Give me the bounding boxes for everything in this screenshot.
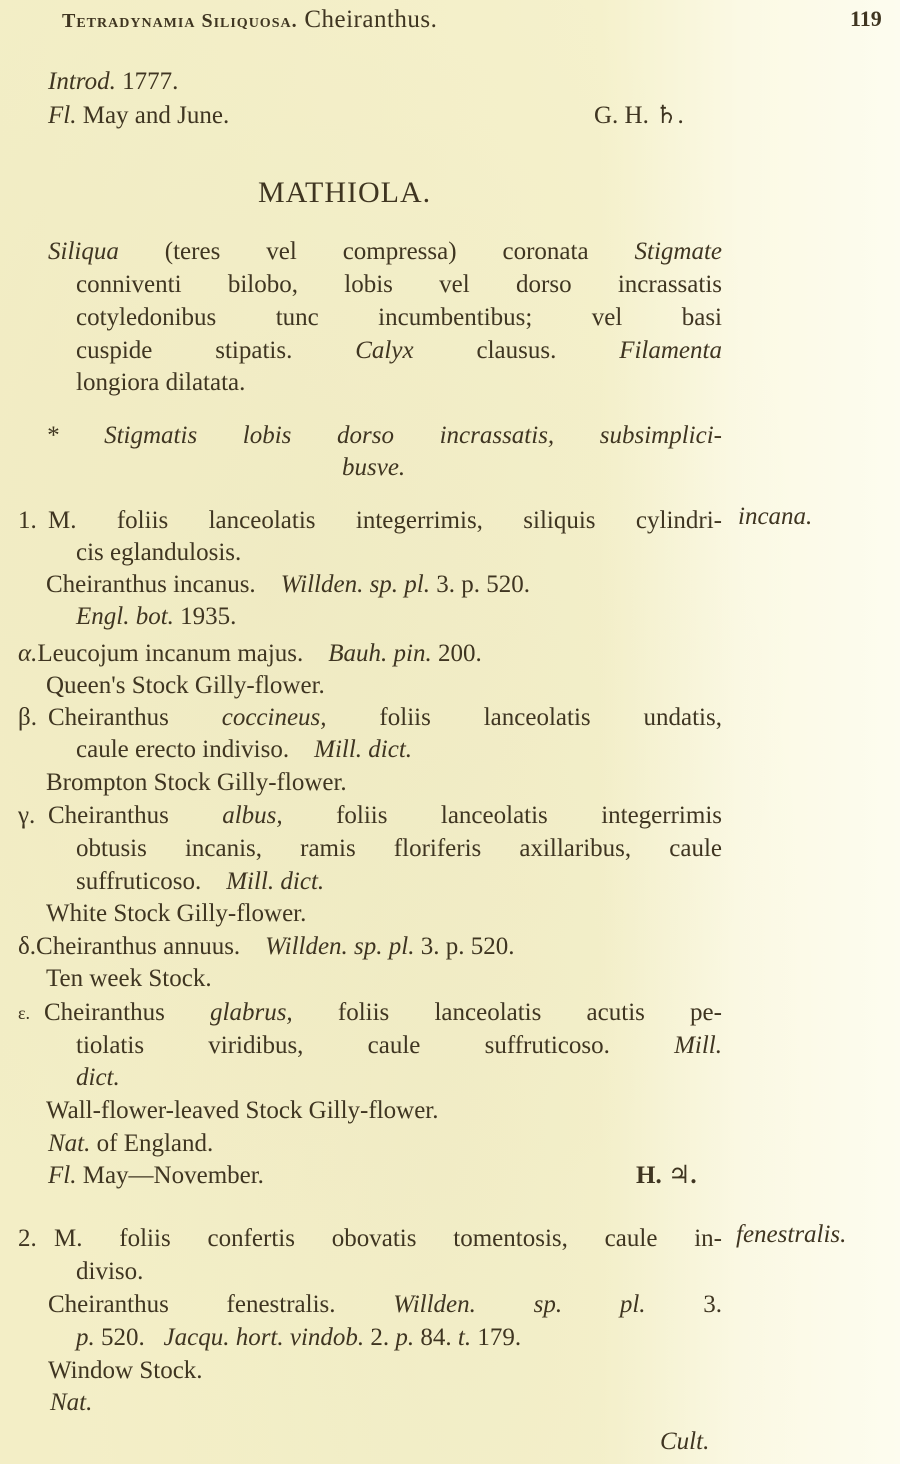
text: Filamenta xyxy=(619,337,722,364)
section-heading-line-1: * Stigmatis lobis dorso incrassatis, sub… xyxy=(46,420,722,452)
variety-beta-line-1: Cheiranthus coccineus, foliis lanceolati… xyxy=(48,702,722,734)
variety-ref: Willden. sp. pl. xyxy=(265,933,414,960)
variety-beta-common-name: Brompton Stock Gilly-flower. xyxy=(46,767,347,799)
species-2-diagnosis-line-1: M. foliis confertis obovatis tomentosis,… xyxy=(54,1223,722,1255)
genus-description-line-2: conniventi bilobo, lobis vel dorso incra… xyxy=(76,269,722,301)
species-2-synonym-line-2: p. 520. Jacqu. hort. vindob. 2. p. 84. t… xyxy=(76,1322,521,1354)
running-head-genus: Cheiranthus. xyxy=(304,6,437,33)
text: foliis lanceolatis acutis pe- xyxy=(293,999,722,1026)
running-head-class: Tetradynamia Siliquosa. xyxy=(62,10,298,32)
text: clausus. xyxy=(414,337,620,364)
text: 179. xyxy=(477,1324,521,1351)
species-1-diagnosis-line-2: cis eglandulosis. xyxy=(76,537,241,569)
page-number: 119 xyxy=(850,6,882,32)
text: (teres vel compressa) coronata xyxy=(119,238,635,265)
variety-ref: Mill. dict. xyxy=(226,868,324,895)
species-2-margin-name: fenestralis. xyxy=(736,1221,846,1249)
synonym-name: Cheiranthus fenestralis. xyxy=(48,1291,336,1318)
text: foliis lanceolatis undatis, xyxy=(327,704,722,731)
text: albus, xyxy=(222,802,282,829)
running-head: Tetradynamia Siliquosa. Cheiranthus. xyxy=(62,6,437,34)
variety-gamma-line-2: obtusis incanis, ramis floriferis axilla… xyxy=(76,833,722,865)
habitat: H. xyxy=(636,1162,662,1189)
fl-months: May and June. xyxy=(83,102,230,129)
text: Stigmate xyxy=(635,238,723,265)
habitat-line: G. H. ♄. xyxy=(594,100,684,132)
variety-letter: α. xyxy=(18,640,37,667)
text: p. xyxy=(76,1324,95,1351)
variety-gamma-letter: γ. xyxy=(18,800,35,832)
text: Cheiranthus xyxy=(48,704,222,731)
variety-letter: δ. xyxy=(18,933,36,960)
species-2-diagnosis-line-2: diviso. xyxy=(76,1256,143,1288)
genus-description-line-4: cuspide stipatis. Calyx clausus. Filamen… xyxy=(76,335,722,367)
species-2-synonym-line-1: Cheiranthus fenestralis. Willden. sp. pl… xyxy=(48,1289,722,1321)
species-1-synonym: Cheiranthus incanus. Willden. sp. pl. 3.… xyxy=(46,569,530,601)
genus-description-line-5: longiora dilatata. xyxy=(76,367,245,399)
genus-heading: MATHIOLA. xyxy=(258,176,431,210)
text: 2. xyxy=(370,1324,389,1351)
nat-label: Nat. xyxy=(48,1130,90,1157)
engl-num: 1935. xyxy=(180,603,236,630)
variety-gamma-line-3: suffruticoso. Mill. dict. xyxy=(76,866,324,898)
introd-label: Introd. xyxy=(48,68,116,95)
text: foliis lanceolatis integerrimis xyxy=(283,802,722,829)
text: Cheiranthus xyxy=(44,999,210,1026)
variety-epsilon-line-1: Cheiranthus glabrus, foliis lanceolatis … xyxy=(44,997,722,1029)
variety-ref: Bauh. pin. xyxy=(328,640,431,667)
jupiter-perennial-icon: ♃. xyxy=(668,1162,697,1189)
text: coccineus, xyxy=(222,704,327,731)
variety-delta-common-name: Ten week Stock. xyxy=(46,963,212,995)
variety-text: Leucojum incanum majus. xyxy=(37,640,303,667)
habitat: G. H. xyxy=(594,102,649,129)
species-2-common-name: Window Stock. xyxy=(48,1355,203,1387)
species-1-habitat: H. ♃. xyxy=(636,1160,697,1192)
text: 520. xyxy=(101,1324,145,1351)
catchword: Cult. xyxy=(660,1426,709,1458)
variety-ref: Mill. dict. xyxy=(314,736,412,763)
synonym-ref-volume: 3. xyxy=(703,1291,722,1318)
species-1-engl-bot: Engl. bot. 1935. xyxy=(76,601,236,633)
text: p. xyxy=(395,1324,414,1351)
species-1-diagnosis-line-1: M. foliis lanceolatis integerrimis, sili… xyxy=(48,505,722,537)
text: Calyx xyxy=(355,337,413,364)
variety-delta: δ.Cheiranthus annuus. Willden. sp. pl. 3… xyxy=(18,931,514,963)
species-1-native-line: Nat. of England. xyxy=(48,1128,213,1160)
text: tiolatis viridibus, caule suffruticoso. xyxy=(76,1032,610,1059)
fl-months: May—November. xyxy=(83,1162,264,1189)
variety-alpha: α.Leucojum incanum majus. Bauh. pin. 200… xyxy=(18,638,482,670)
variety-text: Cheiranthus annuus. xyxy=(36,933,240,960)
genus-description-line-3: cotyledonibus tunc incumbentibus; vel ba… xyxy=(76,302,722,334)
variety-beta-letter: β. xyxy=(18,702,37,734)
text: Cheiranthus xyxy=(48,802,222,829)
text: Siliqua xyxy=(48,238,119,265)
species-1-margin-name: incana. xyxy=(738,503,812,531)
species-1-flowering-line: Fl. May—November. xyxy=(48,1160,264,1192)
flowering-line: Fl. May and June. xyxy=(48,100,229,132)
saturn-shrub-icon: ♄. xyxy=(655,102,684,129)
species-2-native-label: Nat. xyxy=(50,1387,92,1419)
text: suffruticoso. xyxy=(76,868,201,895)
section-heading-line-2: busve. xyxy=(342,452,405,484)
synonym-ref: Willden. sp. pl. xyxy=(393,1291,645,1318)
introd-year: 1777. xyxy=(122,68,178,95)
fl-label: Fl. xyxy=(48,102,76,129)
variety-ref-page: 200. xyxy=(438,640,482,667)
text: 84. xyxy=(420,1324,451,1351)
text: t. xyxy=(458,1324,471,1351)
species-1-number: 1. xyxy=(18,505,37,537)
introduced-line: Introd. 1777. xyxy=(48,66,178,98)
text: glabrus, xyxy=(210,999,293,1026)
synonym-name: Cheiranthus incanus. xyxy=(46,571,256,598)
variety-alpha-common-name: Queen's Stock Gilly-flower. xyxy=(46,670,325,702)
variety-beta-line-2: caule erecto indiviso. Mill. dict. xyxy=(76,734,412,766)
variety-epsilon-letter: ε. xyxy=(18,997,30,1029)
text: caule erecto indiviso. xyxy=(76,736,289,763)
fl-label: Fl. xyxy=(48,1162,76,1189)
text: cuspide stipatis. xyxy=(76,337,355,364)
variety-epsilon-line-3: dict. xyxy=(76,1062,120,1094)
synonym-ref: Willden. sp. pl. xyxy=(281,571,430,598)
text: Jacqu. hort. vindob. xyxy=(164,1324,365,1351)
genus-description-line-1: Siliqua (teres vel compressa) coronata S… xyxy=(48,236,722,268)
species-2-number: 2. xyxy=(18,1223,37,1255)
variety-ref-page: 3. p. 520. xyxy=(421,933,515,960)
variety-epsilon-line-2: tiolatis viridibus, caule suffruticoso. … xyxy=(76,1030,722,1062)
variety-gamma-common-name: White Stock Gilly-flower. xyxy=(46,898,306,930)
synonym-ref-page: 3. p. 520. xyxy=(436,571,530,598)
nat-text: of England. xyxy=(97,1130,214,1157)
variety-ref: Mill. xyxy=(674,1032,722,1059)
engl-ref: Engl. bot. xyxy=(76,603,174,630)
variety-epsilon-common-name: Wall-flower-leaved Stock Gilly-flower. xyxy=(46,1095,439,1127)
variety-gamma-line-1: Cheiranthus albus, foliis lanceolatis in… xyxy=(48,800,722,832)
